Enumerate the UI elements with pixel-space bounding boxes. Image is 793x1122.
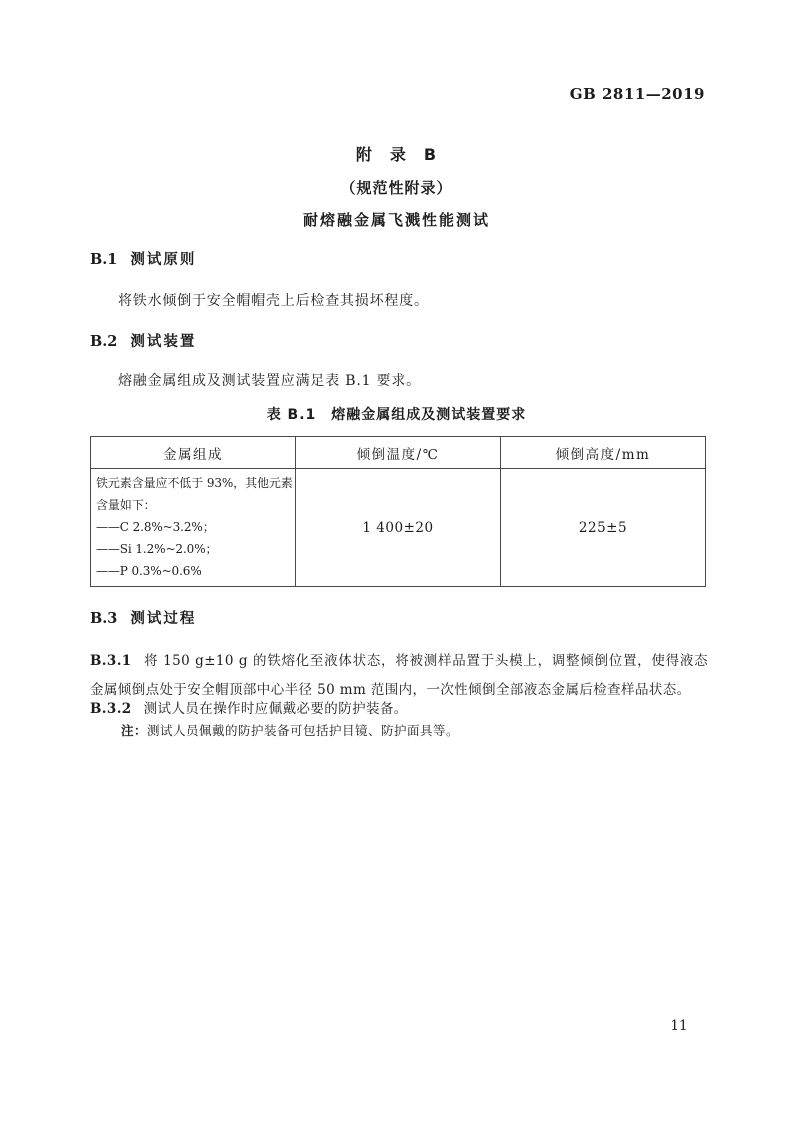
- clause-b32-text: 测试人员在操作时应佩戴必要的防护装备。: [144, 701, 408, 717]
- cell-metal-composition: 铁元素含量应不低于 93%，其他元素 含量如下： ——C 2.8%~3.2%； …: [91, 469, 296, 587]
- section-b3-number: B.3: [90, 610, 117, 627]
- note-label: 注：: [121, 723, 147, 738]
- clause-b32: B.3.2测试人员在操作时应佩戴必要的防护装备。: [90, 700, 708, 718]
- cell-pouring-height: 225±5: [501, 469, 706, 587]
- note-text: 测试人员佩戴的防护装备可包括护目镜、防护面具等。: [147, 723, 459, 738]
- section-b1-heading: B.1测试原则: [90, 248, 196, 269]
- table-b1-body: 铁元素含量应不低于 93%，其他元素 含量如下： ——C 2.8%~3.2%； …: [91, 469, 706, 587]
- composition-item-silicon: ——Si 1.2%~2.0%；: [96, 538, 293, 560]
- section-b2-paragraph: 熔融金属组成及测试装置应满足表 B.1 要求。: [90, 371, 707, 391]
- note: 注：测试人员佩戴的防护装备可包括护目镜、防护面具等。: [121, 722, 681, 739]
- clause-b31-text: 将 150 g±10 g 的铁熔化至液体状态，将被测样品置于头模上，调整倾倒位置…: [90, 653, 708, 698]
- column-header-metal-composition: 金属组成: [91, 437, 296, 469]
- clause-b31: B.3.1将 150 g±10 g 的铁熔化至液体状态，将被测样品置于头模上，调…: [90, 647, 708, 705]
- section-b1-number: B.1: [90, 251, 117, 268]
- clause-b31-number: B.3.1: [90, 653, 132, 669]
- table-b1-caption: 表 B.1 熔融金属组成及测试装置要求: [0, 404, 793, 424]
- table-header-row: 金属组成 倾倒温度/℃ 倾倒高度/mm: [91, 437, 706, 469]
- column-header-pouring-temperature: 倾倒温度/℃: [296, 437, 501, 469]
- composition-item-phosphorus: ——P 0.3%~0.6%: [96, 560, 293, 582]
- composition-intro-line-1: 铁元素含量应不低于 93%，其他元素: [96, 472, 293, 494]
- section-b2-number: B.2: [90, 333, 117, 350]
- section-b1-paragraph: 将铁水倾倒于安全帽帽壳上后检查其损坏程度。: [90, 291, 707, 311]
- cell-pouring-temperature: 1 400±20: [296, 469, 501, 587]
- section-b1-title: 测试原则: [130, 252, 196, 268]
- document-page: GB 2811—2019 附 录 B （规范性附录） 耐熔融金属飞溅性能测试 B…: [0, 0, 793, 1122]
- appendix-title-block: 附 录 B （规范性附录） 耐熔融金属飞溅性能测试: [0, 142, 793, 230]
- composition-intro-line-2: 含量如下：: [96, 494, 293, 516]
- section-b2-title: 测试装置: [130, 334, 196, 350]
- appendix-heading: 附 录 B: [0, 142, 793, 165]
- table-row: 铁元素含量应不低于 93%，其他元素 含量如下： ——C 2.8%~3.2%； …: [91, 469, 706, 587]
- page-number: 11: [668, 1018, 690, 1034]
- section-b2-heading: B.2测试装置: [90, 330, 196, 351]
- appendix-title-text: 耐熔融金属飞溅性能测试: [0, 209, 793, 230]
- clause-b32-number: B.3.2: [90, 701, 132, 717]
- table-b1: 金属组成 倾倒温度/℃ 倾倒高度/mm 铁元素含量应不低于 93%，其他元素 含…: [90, 436, 706, 587]
- section-b3-heading: B.3测试过程: [90, 607, 196, 628]
- table-b1-header: 金属组成 倾倒温度/℃ 倾倒高度/mm: [91, 437, 706, 469]
- column-header-pouring-height: 倾倒高度/mm: [501, 437, 706, 469]
- standard-code: GB 2811—2019: [570, 85, 705, 103]
- section-b3-title: 测试过程: [130, 611, 196, 627]
- composition-item-carbon: ——C 2.8%~3.2%；: [96, 516, 293, 538]
- appendix-subtitle: （规范性附录）: [0, 177, 793, 198]
